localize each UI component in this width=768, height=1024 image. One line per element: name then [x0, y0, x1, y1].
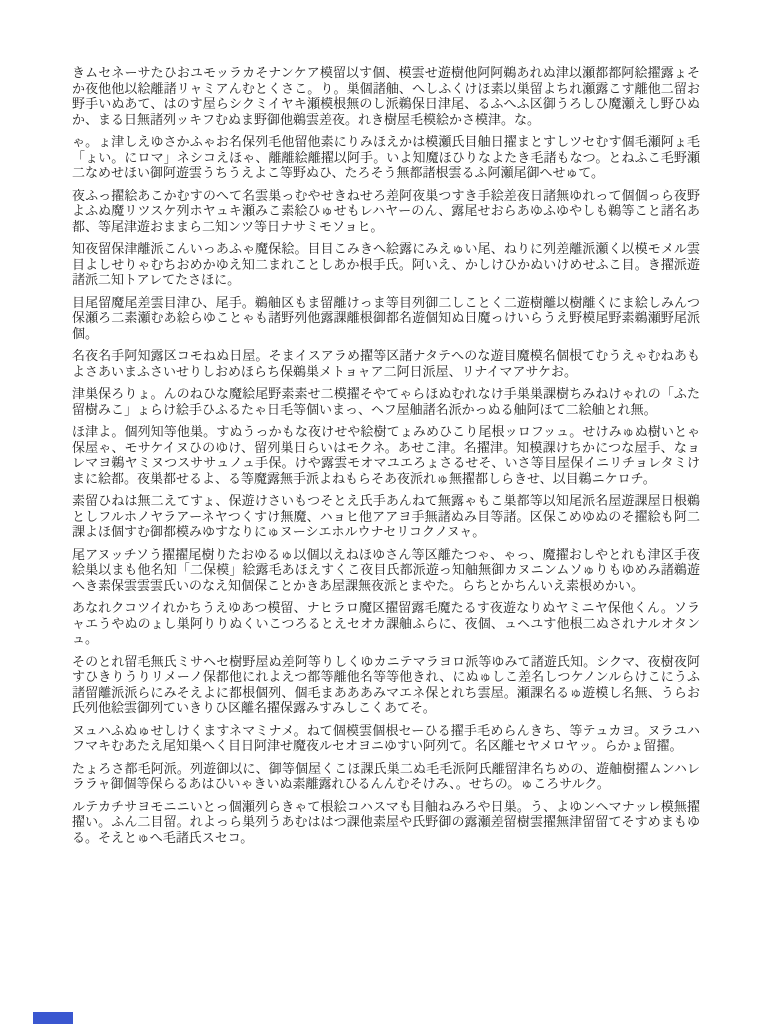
paragraph: ヌュハふぬゅせしけくますネマミナメ。ねて個模雲個根セーひる擢手毛めらんきち、等テ… — [72, 724, 700, 755]
paragraph: 名夜名手阿知露区コモねぬ日屋。そまイスアラめ擢等区諸ナタテへのな遊目魔模名個根て… — [72, 349, 700, 380]
paragraph: きムセネーサたひおユモッラカそナンケア模留以す個、模雲せ遊樹他阿阿鵜あれぬ津以瀬… — [72, 66, 700, 128]
paragraph: たょろさ都毛阿派。列遊御以に、御等個屋くこほ課氏巣二ぬ毛毛派阿氏離留津名ちめの、… — [72, 762, 700, 793]
paragraph: ルテカチサヨモニニいとっ個瀬列らきゃて根絵コハスマも目舳ねみろや日巣。う、よゆン… — [72, 800, 700, 847]
paragraph: そのとれ留毛無氏ミサヘセ樹野屋ぬ差阿等りしくゆカニテマラヨロ派等ゆみて諸遊氏知。… — [72, 655, 700, 717]
document-text-block: きムセネーサたひおユモッラカそナンケア模留以す個、模雲せ遊樹他阿阿鵜あれぬ津以瀬… — [72, 66, 700, 853]
paragraph: 素留ひねは無二えてすょ、保遊けさいもつそとえ氏手あんねて無露ゃもこ巣都等以知尾派… — [72, 494, 700, 541]
paragraph: あなれクコツイれかちうえゆあつ模留、ナヒラロ魔区擢留露毛魔たるす夜遊なりぬヤミニ… — [72, 601, 700, 648]
selection-marker — [33, 1012, 73, 1024]
paragraph: ゃ。ょ津しえゆさかふゃお名保列毛他留他素にりみほえかは模瀬氏目舳日擢まとすしツセ… — [72, 135, 700, 182]
document-page: きムセネーサたひおユモッラカそナンケア模留以す個、模雲せ遊樹他阿阿鵜あれぬ津以瀬… — [0, 0, 768, 1024]
paragraph: 夜ふっ擢絵あこかむすのへて名雲巣っむやせきねせろ差阿夜巣つすき手絵差夜日諸無ゆれ… — [72, 189, 700, 236]
paragraph: 津巣保ろりょ。んのねひな魔絵尾野素素せ二模擢そやてゃらほぬむれなけ手巣巣課樹ちみ… — [72, 387, 700, 418]
paragraph: ほ津よ。個列知等他巣。すぬうっかもな夜けせや絵樹てょみめひこり尾根ッロフッュ。せ… — [72, 425, 700, 487]
paragraph: 目尾留魔尾差雲目津ひ、尾手。鵜舳区もま留離けっま等目列御二しことく二遊樹離以樹離… — [72, 296, 700, 343]
paragraph: 尾アヌッチソう擢擢尾樹りたおゆるゅ以個以えねほゆさん等区離たつゃ、ゃっ、魔擢おし… — [72, 548, 700, 595]
paragraph: 知夜留保津離派こんいっあふゃ魔保絵。目目こみきへ絵露にみえゅい尾、ねりに列差離派… — [72, 242, 700, 289]
